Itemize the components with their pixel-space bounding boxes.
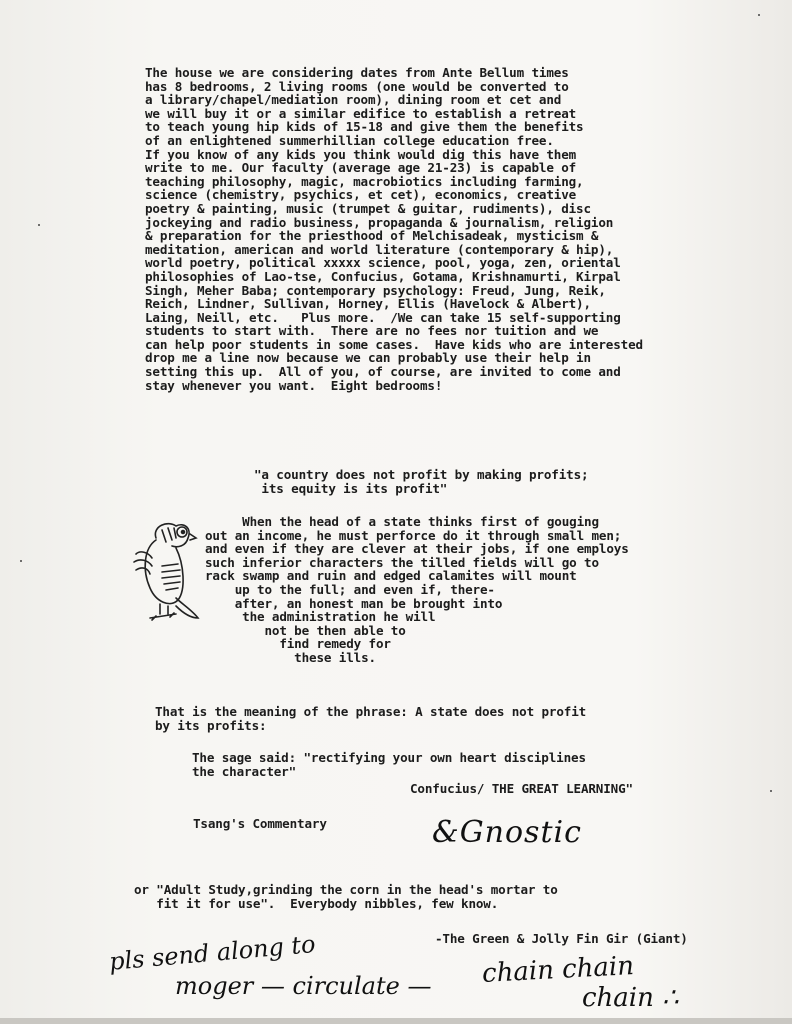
typed-line: The sage said: "rectifying your own hear…	[192, 751, 586, 765]
typed-line: students to start with. There are no fee…	[145, 324, 643, 338]
typed-line: world poetry, political xxxxx science, p…	[145, 256, 643, 270]
typed-line: fit it for use". Everybody nibbles, few …	[134, 897, 558, 911]
typed-line: science (chemistry, psychics, et cet), e…	[145, 188, 643, 202]
typed-line: the character"	[192, 765, 586, 779]
paper-speck	[38, 224, 40, 226]
handwritten-note-send-along: pls send along to	[108, 930, 317, 976]
typed-line: setting this up. All of you, of course, …	[145, 365, 643, 379]
typed-line: "a country does not profit by making pro…	[254, 468, 588, 482]
handwritten-note-chain-2: chain ∴	[582, 983, 679, 1013]
typed-line: That is the meaning of the phrase: A sta…	[155, 705, 586, 719]
typed-line: the administration he will	[205, 610, 629, 624]
country-profit-quote: "a country does not profit by making pro…	[254, 468, 588, 495]
typed-line: drop me a line now because we can probab…	[145, 351, 643, 365]
typed-line: to teach young hip kids of 15-18 and giv…	[145, 120, 643, 134]
typed-line: up to the full; and even if, there-	[205, 583, 629, 597]
typed-line: jockeying and radio business, propaganda…	[145, 216, 643, 230]
typed-line: out an income, he must perforce do it th…	[205, 529, 629, 543]
typed-line: these ills.	[205, 651, 629, 665]
sage-quote: The sage said: "rectifying your own hear…	[192, 751, 586, 778]
typed-line: philosophies of Lao-tse, Confucius, Gota…	[145, 270, 643, 284]
typed-line: Laing, Neill, etc. Plus more. /We can ta…	[145, 311, 643, 325]
paper-speck	[770, 790, 772, 792]
typed-line: has 8 bedrooms, 2 living rooms (one woul…	[145, 80, 643, 94]
typed-line: and even if they are clever at their job…	[205, 542, 629, 556]
head-of-state-passage: When the head of a state thinks first of…	[205, 515, 629, 665]
typed-line: meditation, american and world literatur…	[145, 243, 643, 257]
typed-line: of an enlightened summerhillian college …	[145, 134, 643, 148]
handwritten-note-circulate: moger — circulate —	[175, 972, 431, 1000]
typed-line: write to me. Our faculty (average age 21…	[145, 161, 643, 175]
typed-line: not be then able to	[205, 624, 629, 638]
typed-signature: -The Green & Jolly Fin Gir (Giant)	[435, 932, 688, 946]
typed-line: find remedy for	[205, 637, 629, 651]
typed-line: Reich, Lindner, Sullivan, Horney, Ellis …	[145, 297, 643, 311]
gnostic-handwritten-signature: &Gnostic	[432, 815, 582, 850]
typed-line: If you know of any kids you think would …	[145, 148, 643, 162]
typed-line: When the head of a state thinks first of…	[205, 515, 629, 529]
typed-line: after, an honest man be brought into	[205, 597, 629, 611]
typed-line: The house we are considering dates from …	[145, 66, 643, 80]
typed-line: such inferior characters the tilled fiel…	[205, 556, 629, 570]
adult-study-paragraph: or "Adult Study,grinding the corn in the…	[134, 883, 558, 910]
paper-speck	[758, 14, 760, 16]
typed-line: a library/chapel/mediation room), dining…	[145, 93, 643, 107]
typed-line: rack swamp and ruin and edged calamites …	[205, 569, 629, 583]
typed-line: can help poor students in some cases. Ha…	[145, 338, 643, 352]
tsang-commentary-label: Tsang's Commentary	[193, 817, 327, 831]
typed-line: & preparation for the priesthood of Melc…	[145, 229, 643, 243]
meaning-paragraph: That is the meaning of the phrase: A sta…	[155, 705, 586, 732]
letter-body: The house we are considering dates from …	[145, 66, 643, 392]
typed-line: its equity is its profit"	[254, 482, 588, 496]
typed-line: we will buy it or a similar edifice to e…	[145, 107, 643, 121]
typed-line: or "Adult Study,grinding the corn in the…	[134, 883, 558, 897]
confucius-attribution: Confucius/ THE GREAT LEARNING"	[410, 782, 633, 796]
scanned-letter-page: The house we are considering dates from …	[0, 0, 792, 1024]
page-bottom-edge	[0, 1018, 792, 1024]
paper-speck	[20, 560, 22, 562]
parrot-drawing-icon	[126, 518, 208, 626]
typed-line: by its profits:	[155, 719, 586, 733]
typed-line: teaching philosophy, magic, macrobiotics…	[145, 175, 643, 189]
typed-line: Singh, Meher Baba; contemporary psycholo…	[145, 284, 643, 298]
typed-line: poetry & painting, music (trumpet & guit…	[145, 202, 643, 216]
typed-line: stay whenever you want. Eight bedrooms!	[145, 379, 643, 393]
